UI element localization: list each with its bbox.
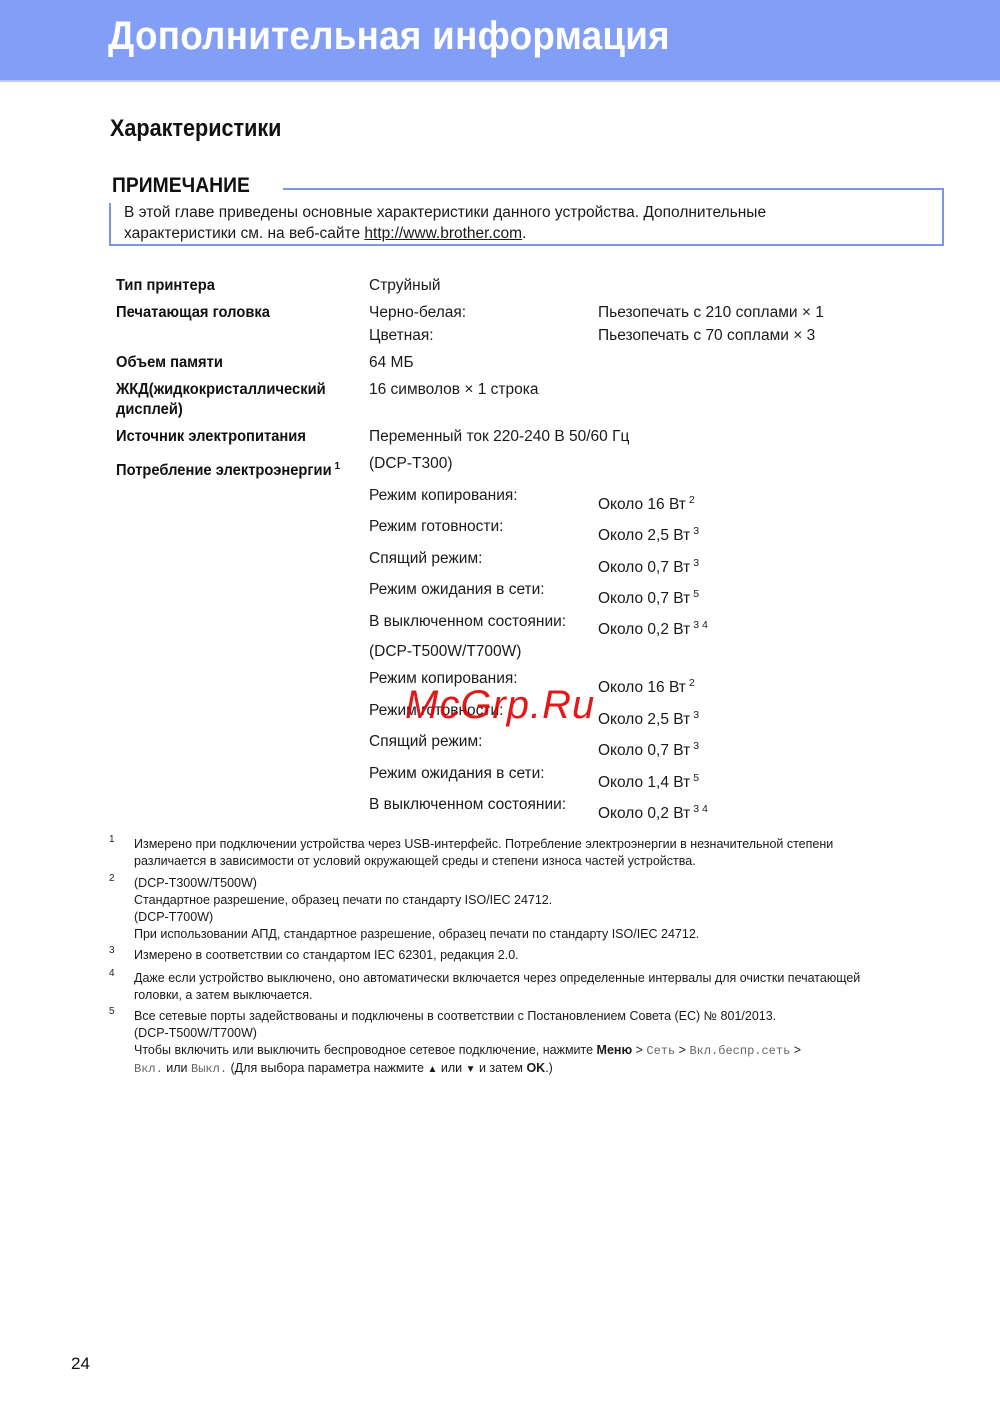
- footnote-ref: 3 4: [693, 619, 708, 631]
- mode-value: Около 2,5 Вт3: [598, 521, 699, 546]
- footnote-line: (DCP-T500W/T700W): [134, 1025, 934, 1042]
- footnote-ref: 3: [693, 740, 699, 752]
- footnote-number: 3: [109, 945, 115, 956]
- mode-value: Около 16 Вт2: [598, 490, 695, 515]
- spec-value-color: Пьезопечать с 70 соплами × 3: [598, 326, 815, 346]
- instr-text: и затем: [476, 1061, 527, 1075]
- spec-label-print-head: Печатающая головка: [116, 303, 270, 323]
- model-group-t500w-t700w: (DCP-T500W/T700W): [369, 642, 521, 662]
- spec-value-memory: 64 МБ: [369, 353, 414, 373]
- instr-text: Чтобы включить или выключить беспроводно…: [134, 1043, 597, 1057]
- footnote-instruction: Чтобы включить или выключить беспроводно…: [134, 1042, 934, 1078]
- mode-value-text: Около 0,7 Вт: [598, 742, 690, 759]
- footnote-line: При использовании АПД, стандартное разре…: [134, 926, 934, 943]
- mode-value: Около 0,2 Вт3 4: [598, 799, 708, 824]
- mode-value: Около 0,7 Вт3: [598, 553, 699, 578]
- footnote-number: 1: [109, 834, 115, 845]
- spec-label-memory: Объем памяти: [116, 353, 223, 373]
- note-text-line2: характеристики см. на веб-сайте: [124, 225, 364, 242]
- spec-value-lcd: 16 символов × 1 строка: [369, 380, 538, 400]
- footnote-line: (DCP-T300W/T500W): [134, 875, 934, 892]
- mode-label: Спящий режим:: [369, 732, 482, 752]
- footnote-line: Даже если устройство выключено, оно авто…: [134, 970, 934, 987]
- mode-label: В выключенном состоянии:: [369, 612, 566, 632]
- footnote-ref: 5: [693, 588, 699, 600]
- note-text-line1: В этой главе приведены основные характер…: [124, 202, 934, 223]
- footnote-line: (DCP-T700W): [134, 909, 934, 926]
- spec-sub-color: Цветная:: [369, 326, 434, 346]
- down-arrow-icon: ▼: [466, 1064, 476, 1075]
- mode-label: Режим готовности:: [369, 701, 503, 721]
- note-border-top: [283, 188, 944, 190]
- mode-value-text: Около 16 Вт: [598, 496, 686, 513]
- power-consumption-label-text: Потребление электроэнергии: [116, 462, 332, 479]
- up-arrow-icon: ▲: [427, 1064, 437, 1075]
- note-title: ПРИМЕЧАНИЕ: [112, 174, 255, 198]
- footnote-1: Измерено при подключении устройства чере…: [134, 836, 934, 870]
- footnote-ref: 1: [335, 460, 341, 472]
- mode-value-text: Около 2,5 Вт: [598, 527, 690, 544]
- mode-value: Около 16 Вт2: [598, 673, 695, 698]
- footnote-number: 2: [109, 873, 115, 884]
- chapter-title: Дополнительная информация: [108, 14, 670, 59]
- mode-label: Спящий режим:: [369, 549, 482, 569]
- footnote-line: различается в зависимости от условий окр…: [134, 853, 934, 870]
- footnote-line: Все сетевые порты задействованы и подклю…: [134, 1008, 934, 1025]
- instr-text: или: [163, 1061, 191, 1075]
- mode-value: Около 0,2 Вт3 4: [598, 615, 708, 640]
- mode-label: Режим копирования:: [369, 486, 518, 506]
- mode-value: Около 0,7 Вт3: [598, 736, 699, 761]
- mode-label: Режим ожидания в сети:: [369, 580, 545, 600]
- footnote-2: (DCP-T300W/T500W) Стандартное разрешение…: [134, 875, 934, 943]
- menu-key: Меню: [597, 1043, 633, 1057]
- footnote-number: 5: [109, 1006, 115, 1017]
- spec-value-printer-type: Струйный: [369, 276, 441, 296]
- note-text-period: .: [522, 225, 526, 242]
- mode-value-text: Около 0,7 Вт: [598, 590, 690, 607]
- footnote-ref: 2: [689, 677, 695, 689]
- spec-label-lcd: ЖКД(жидкокристаллический: [116, 380, 326, 400]
- footnote-3: Измерено в соответствии со стандартом IE…: [134, 947, 934, 964]
- chapter-banner: Дополнительная информация: [0, 0, 1000, 82]
- mode-value: Около 2,5 Вт3: [598, 705, 699, 730]
- note-border-left: [109, 203, 111, 246]
- mode-value-text: Около 0,2 Вт: [598, 621, 690, 638]
- ok-key: OK: [526, 1061, 545, 1075]
- spec-label-power-consumption: Потребление электроэнергии1: [116, 456, 340, 481]
- spec-value-mono: Пьезопечать с 210 соплами × 1: [598, 303, 824, 323]
- footnote-ref: 5: [693, 772, 699, 784]
- mode-value-text: Около 1,4 Вт: [598, 774, 690, 791]
- note-text: В этой главе приведены основные характер…: [124, 202, 934, 244]
- mode-value-text: Около 0,7 Вт: [598, 559, 690, 576]
- mode-label: Режим копирования:: [369, 669, 518, 689]
- lcd-menu-wlan-enable: Вкл.беспр.сеть: [689, 1044, 790, 1058]
- spec-value-power-source: Переменный ток 220-240 В 50/60 Гц: [369, 427, 629, 447]
- spec-label-power-source: Источник электропитания: [116, 427, 306, 447]
- spec-label-printer-type: Тип принтера: [116, 276, 215, 296]
- footnote-line: головки, а затем выключается.: [134, 987, 934, 1004]
- instr-text: .): [545, 1061, 553, 1075]
- instr-text: (Для выбора параметра нажмите: [227, 1061, 427, 1075]
- brother-website-link[interactable]: http://www.brother.com: [364, 225, 522, 242]
- spec-label-lcd-line2: дисплей): [116, 400, 183, 420]
- sep: >: [632, 1043, 646, 1057]
- section-title: Характеристики: [110, 115, 281, 143]
- spec-sub-mono: Черно-белая:: [369, 303, 466, 323]
- lcd-menu-network: Сеть: [646, 1044, 675, 1058]
- mode-value-text: Около 0,2 Вт: [598, 805, 690, 822]
- footnote-ref: 3: [693, 709, 699, 721]
- lcd-option-off: Выкл.: [191, 1062, 227, 1076]
- mode-label: В выключенном состоянии:: [369, 795, 566, 815]
- footnote-4: Даже если устройство выключено, оно авто…: [134, 970, 934, 1004]
- footnote-5: Все сетевые порты задействованы и подклю…: [134, 1008, 934, 1078]
- footnote-number: 4: [109, 968, 115, 979]
- footnote-line: Стандартное разрешение, образец печати п…: [134, 892, 934, 909]
- model-group-t300: (DCP-T300): [369, 454, 453, 474]
- mode-value-text: Около 16 Вт: [598, 679, 686, 696]
- lcd-option-on: Вкл.: [134, 1062, 163, 1076]
- mode-value-text: Около 2,5 Вт: [598, 711, 690, 728]
- footnote-ref: 2: [689, 494, 695, 506]
- footnote-ref: 3: [693, 525, 699, 537]
- mode-label: Режим ожидания в сети:: [369, 764, 545, 784]
- sep: >: [675, 1043, 689, 1057]
- footnote-ref: 3: [693, 557, 699, 569]
- page-number: 24: [71, 1354, 90, 1374]
- footnote-line: Измерено при подключении устройства чере…: [134, 836, 934, 853]
- mode-label: Режим готовности:: [369, 517, 503, 537]
- mode-value: Около 0,7 Вт5: [598, 584, 699, 609]
- sep: >: [790, 1043, 801, 1057]
- instr-text: или: [437, 1061, 465, 1075]
- mode-value: Около 1,4 Вт5: [598, 768, 699, 793]
- footnote-line: Измерено в соответствии со стандартом IE…: [134, 947, 934, 964]
- footnote-ref: 3 4: [693, 803, 708, 815]
